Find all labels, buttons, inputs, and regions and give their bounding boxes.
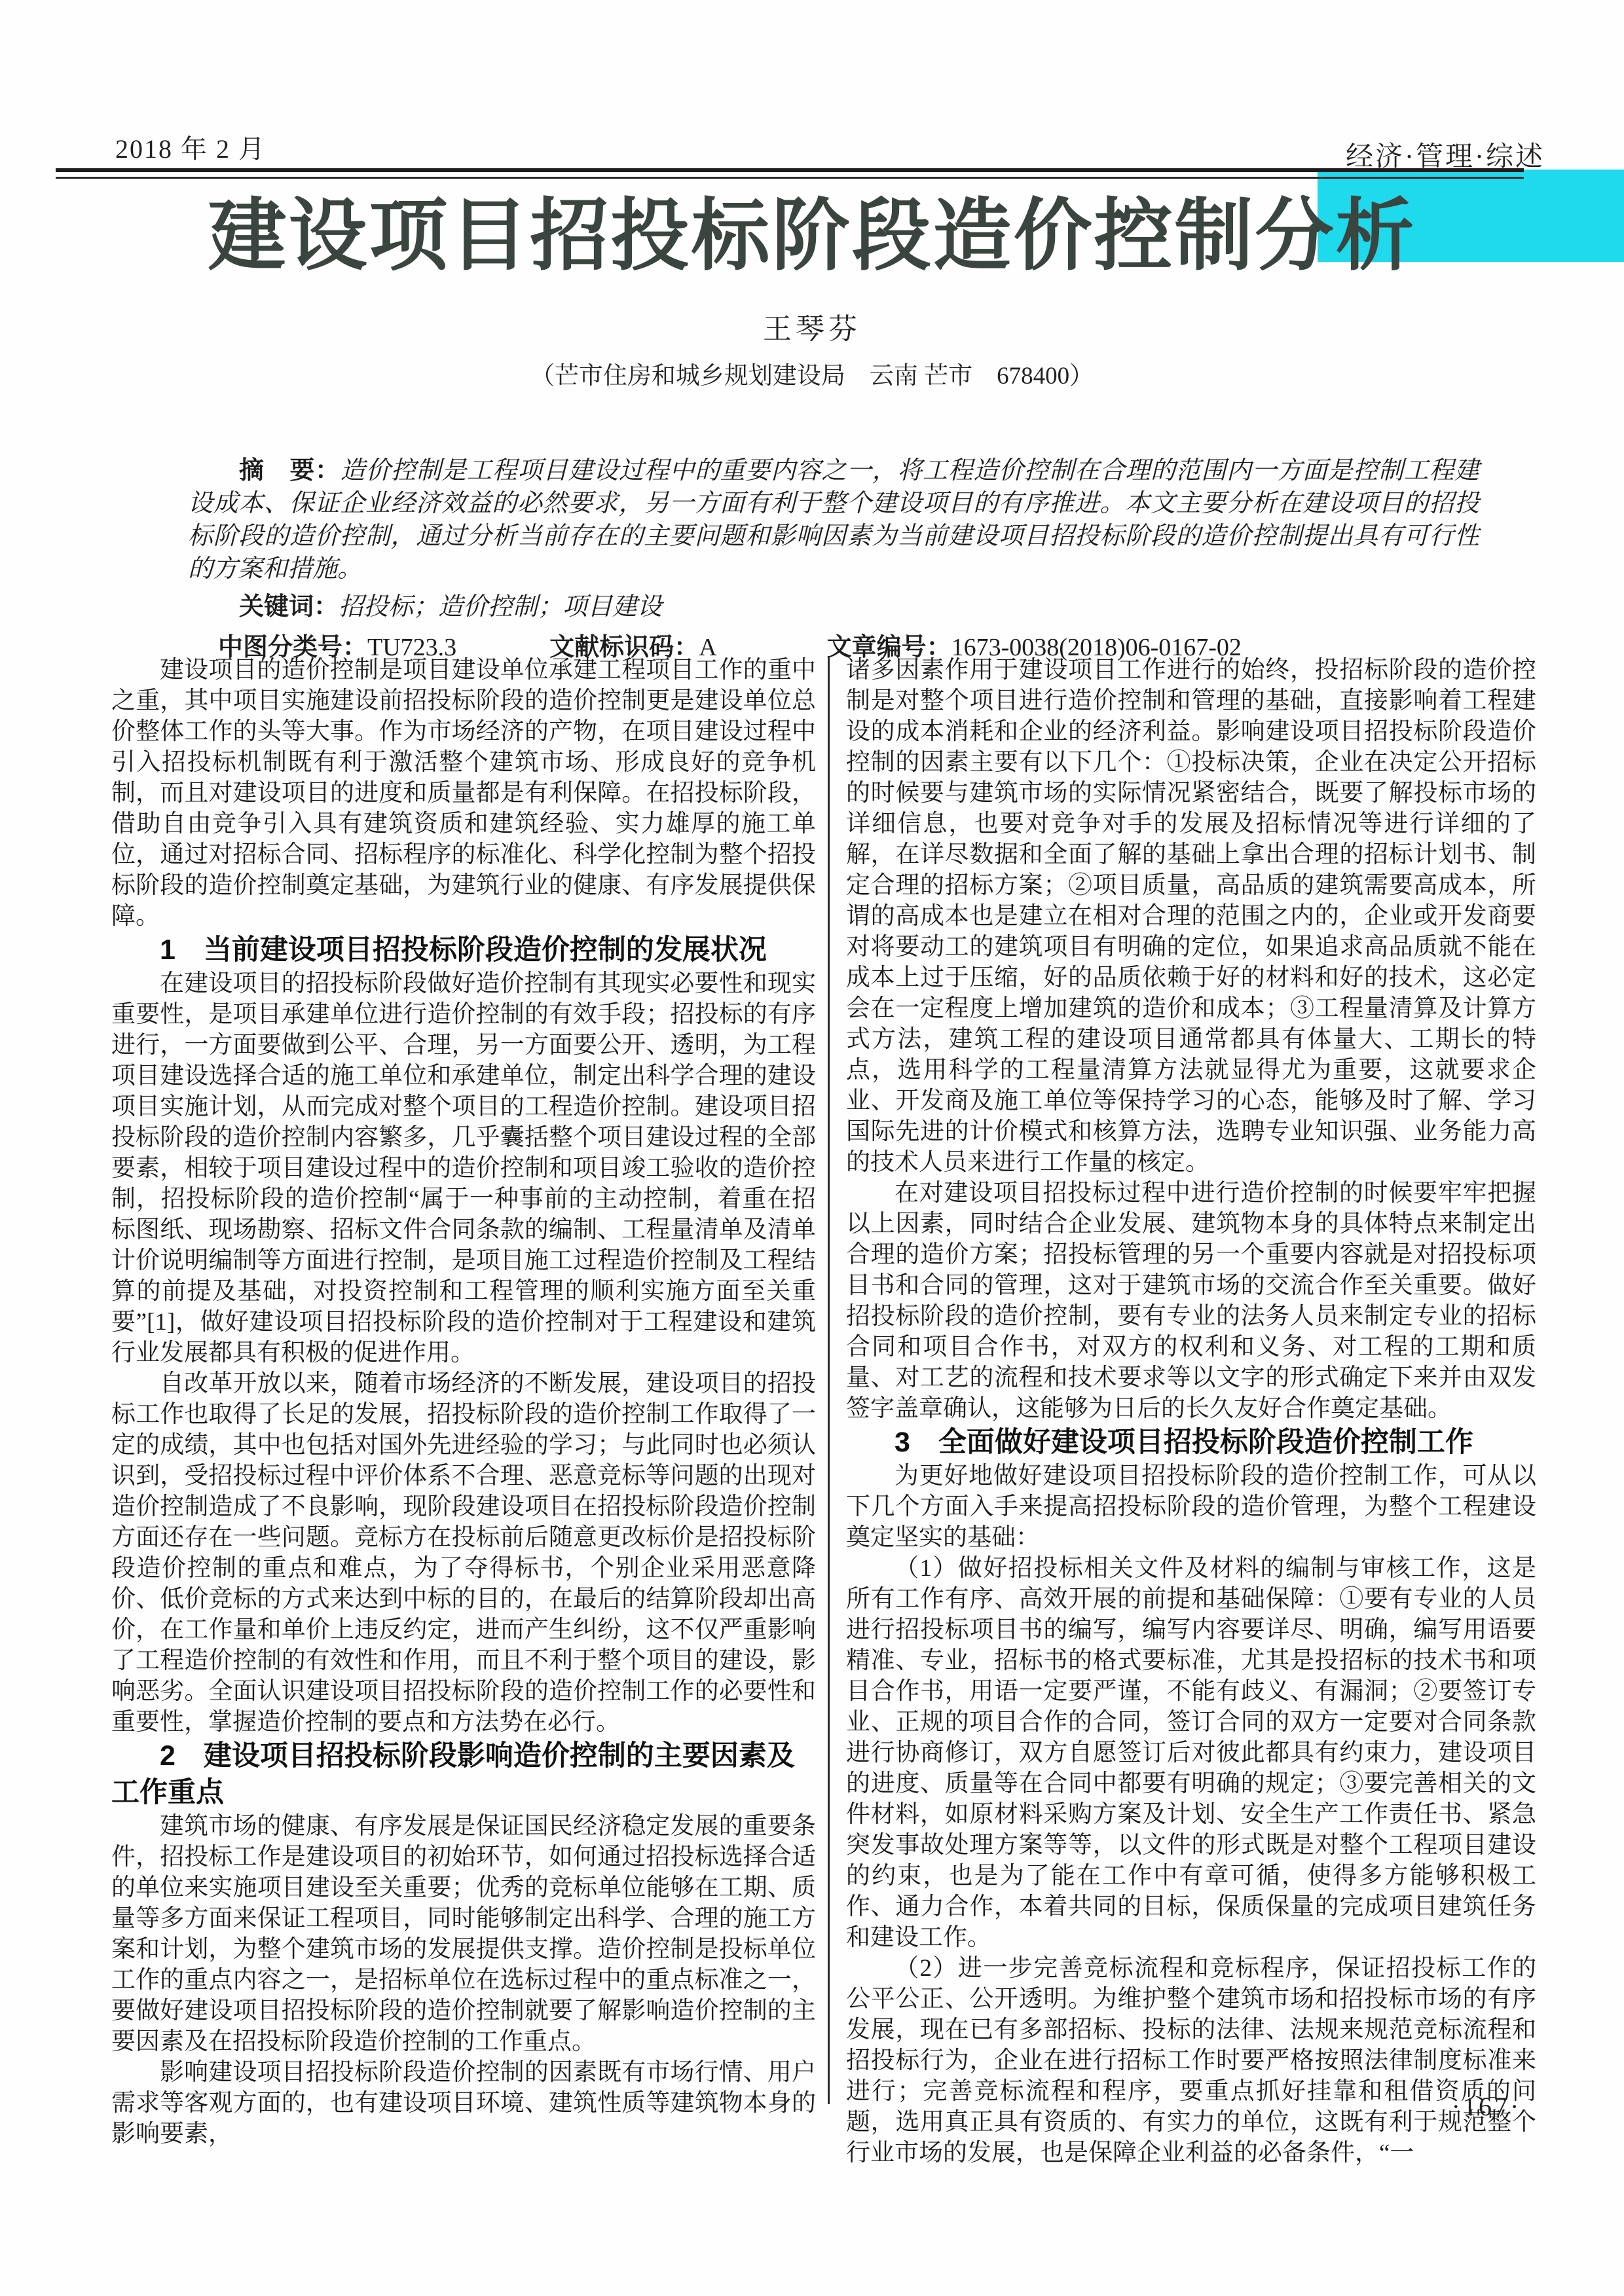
keywords-text: 招投标；造价控制；项目建设 (339, 593, 662, 621)
author-affiliation: （芒市住房和城乡规划建设局 云南 芒市 678400） (98, 355, 1526, 391)
paragraph: 自改革开放以来，随着市场经济的不断发展，建设项目的招投标工作也取得了长足的发展，… (111, 1368, 816, 1738)
front-matter-block: 摘 要：造价控制是工程项目建设过程中的重要内容之一，将工程造价控制在合理的范围内… (188, 454, 1479, 664)
left-column: 建设项目的造价控制是项目建设单位承建工程项目工作的重中之重，其中项目实施建设前招… (111, 655, 816, 2149)
paragraph: 在对建设项目招投标过程中进行造价控制的时候要牢牢把握以上因素，同时结合企业发展、… (846, 1178, 1536, 1424)
paragraph: 为更好地做好建设项目招投标阶段的造价控制工作，可从以下几个方面入手来提高招投标阶… (846, 1461, 1536, 1553)
section-heading-3: 3 全面做好建设项目招投标阶段造价控制工作 (846, 1424, 1536, 1461)
paragraph: （2）进一步完善竞标流程和竞标程序，保证招投标工作的公平公正、公开透明。为维护整… (846, 1953, 1536, 2168)
journal-page: 2018 年 2 月 经济·管理·综述 建设项目招投标阶段造价控制分析 王琴芬 … (0, 0, 1624, 2296)
author-name: 王琴芬 (98, 305, 1526, 347)
paragraph: 建设项目的造价控制是项目建设单位承建工程项目工作的重中之重，其中项目实施建设前招… (111, 655, 816, 932)
section-heading-1: 1 当前建设项目招投标阶段造价控制的发展状况 (111, 932, 816, 968)
right-column: 诸多因素作用于建设项目工作进行的始终，投招标阶段的造价控制是对整个项目进行造价控… (846, 655, 1536, 2168)
journal-issue-date: 2018 年 2 月 (115, 128, 266, 166)
section-heading-2: 2 建设项目招投标阶段影响造价控制的主要因素及工作重点 (111, 1738, 816, 1811)
page-number: ·167· (1408, 2091, 1565, 2122)
paragraph: 影响建设项目招投标阶段造价控制的因素既有市场行情、用户需求等客观方面的，也有建设… (111, 2057, 816, 2149)
keywords-line: 关键词：招投标；造价控制；项目建设 (188, 591, 1479, 623)
column-divider (828, 656, 830, 2104)
abstract-label: 摘 要： (239, 457, 341, 484)
abstract-paragraph: 摘 要：造价控制是工程项目建设过程中的重要内容之一，将工程造价控制在合理的范围内… (188, 454, 1479, 585)
paragraph: 建筑市场的健康、有序发展是保证国民经济稳定发展的重要条件，招投标工作是建设项目的… (111, 1811, 816, 2057)
paragraph: （1）做好招投标相关文件及材料的编制与审核工作，这是所有工作有序、高效开展的前提… (846, 1553, 1536, 1953)
paragraph: 在建设项目的招投标阶段做好造价控制有其现实必要性和现实重要性，是项目承建单位进行… (111, 968, 816, 1368)
header-rule-thick (56, 168, 1524, 172)
paragraph-continuation: 诸多因素作用于建设项目工作进行的始终，投招标阶段的造价控制是对整个项目进行造价控… (846, 655, 1536, 1178)
keywords-label: 关键词： (239, 593, 339, 621)
abstract-text: 造价控制是工程项目建设过程中的重要内容之一，将工程造价控制在合理的范围内一方面是… (188, 457, 1479, 583)
article-title: 建设项目招投标阶段造价控制分析 (98, 195, 1526, 277)
header-rule-thin (56, 177, 1524, 179)
